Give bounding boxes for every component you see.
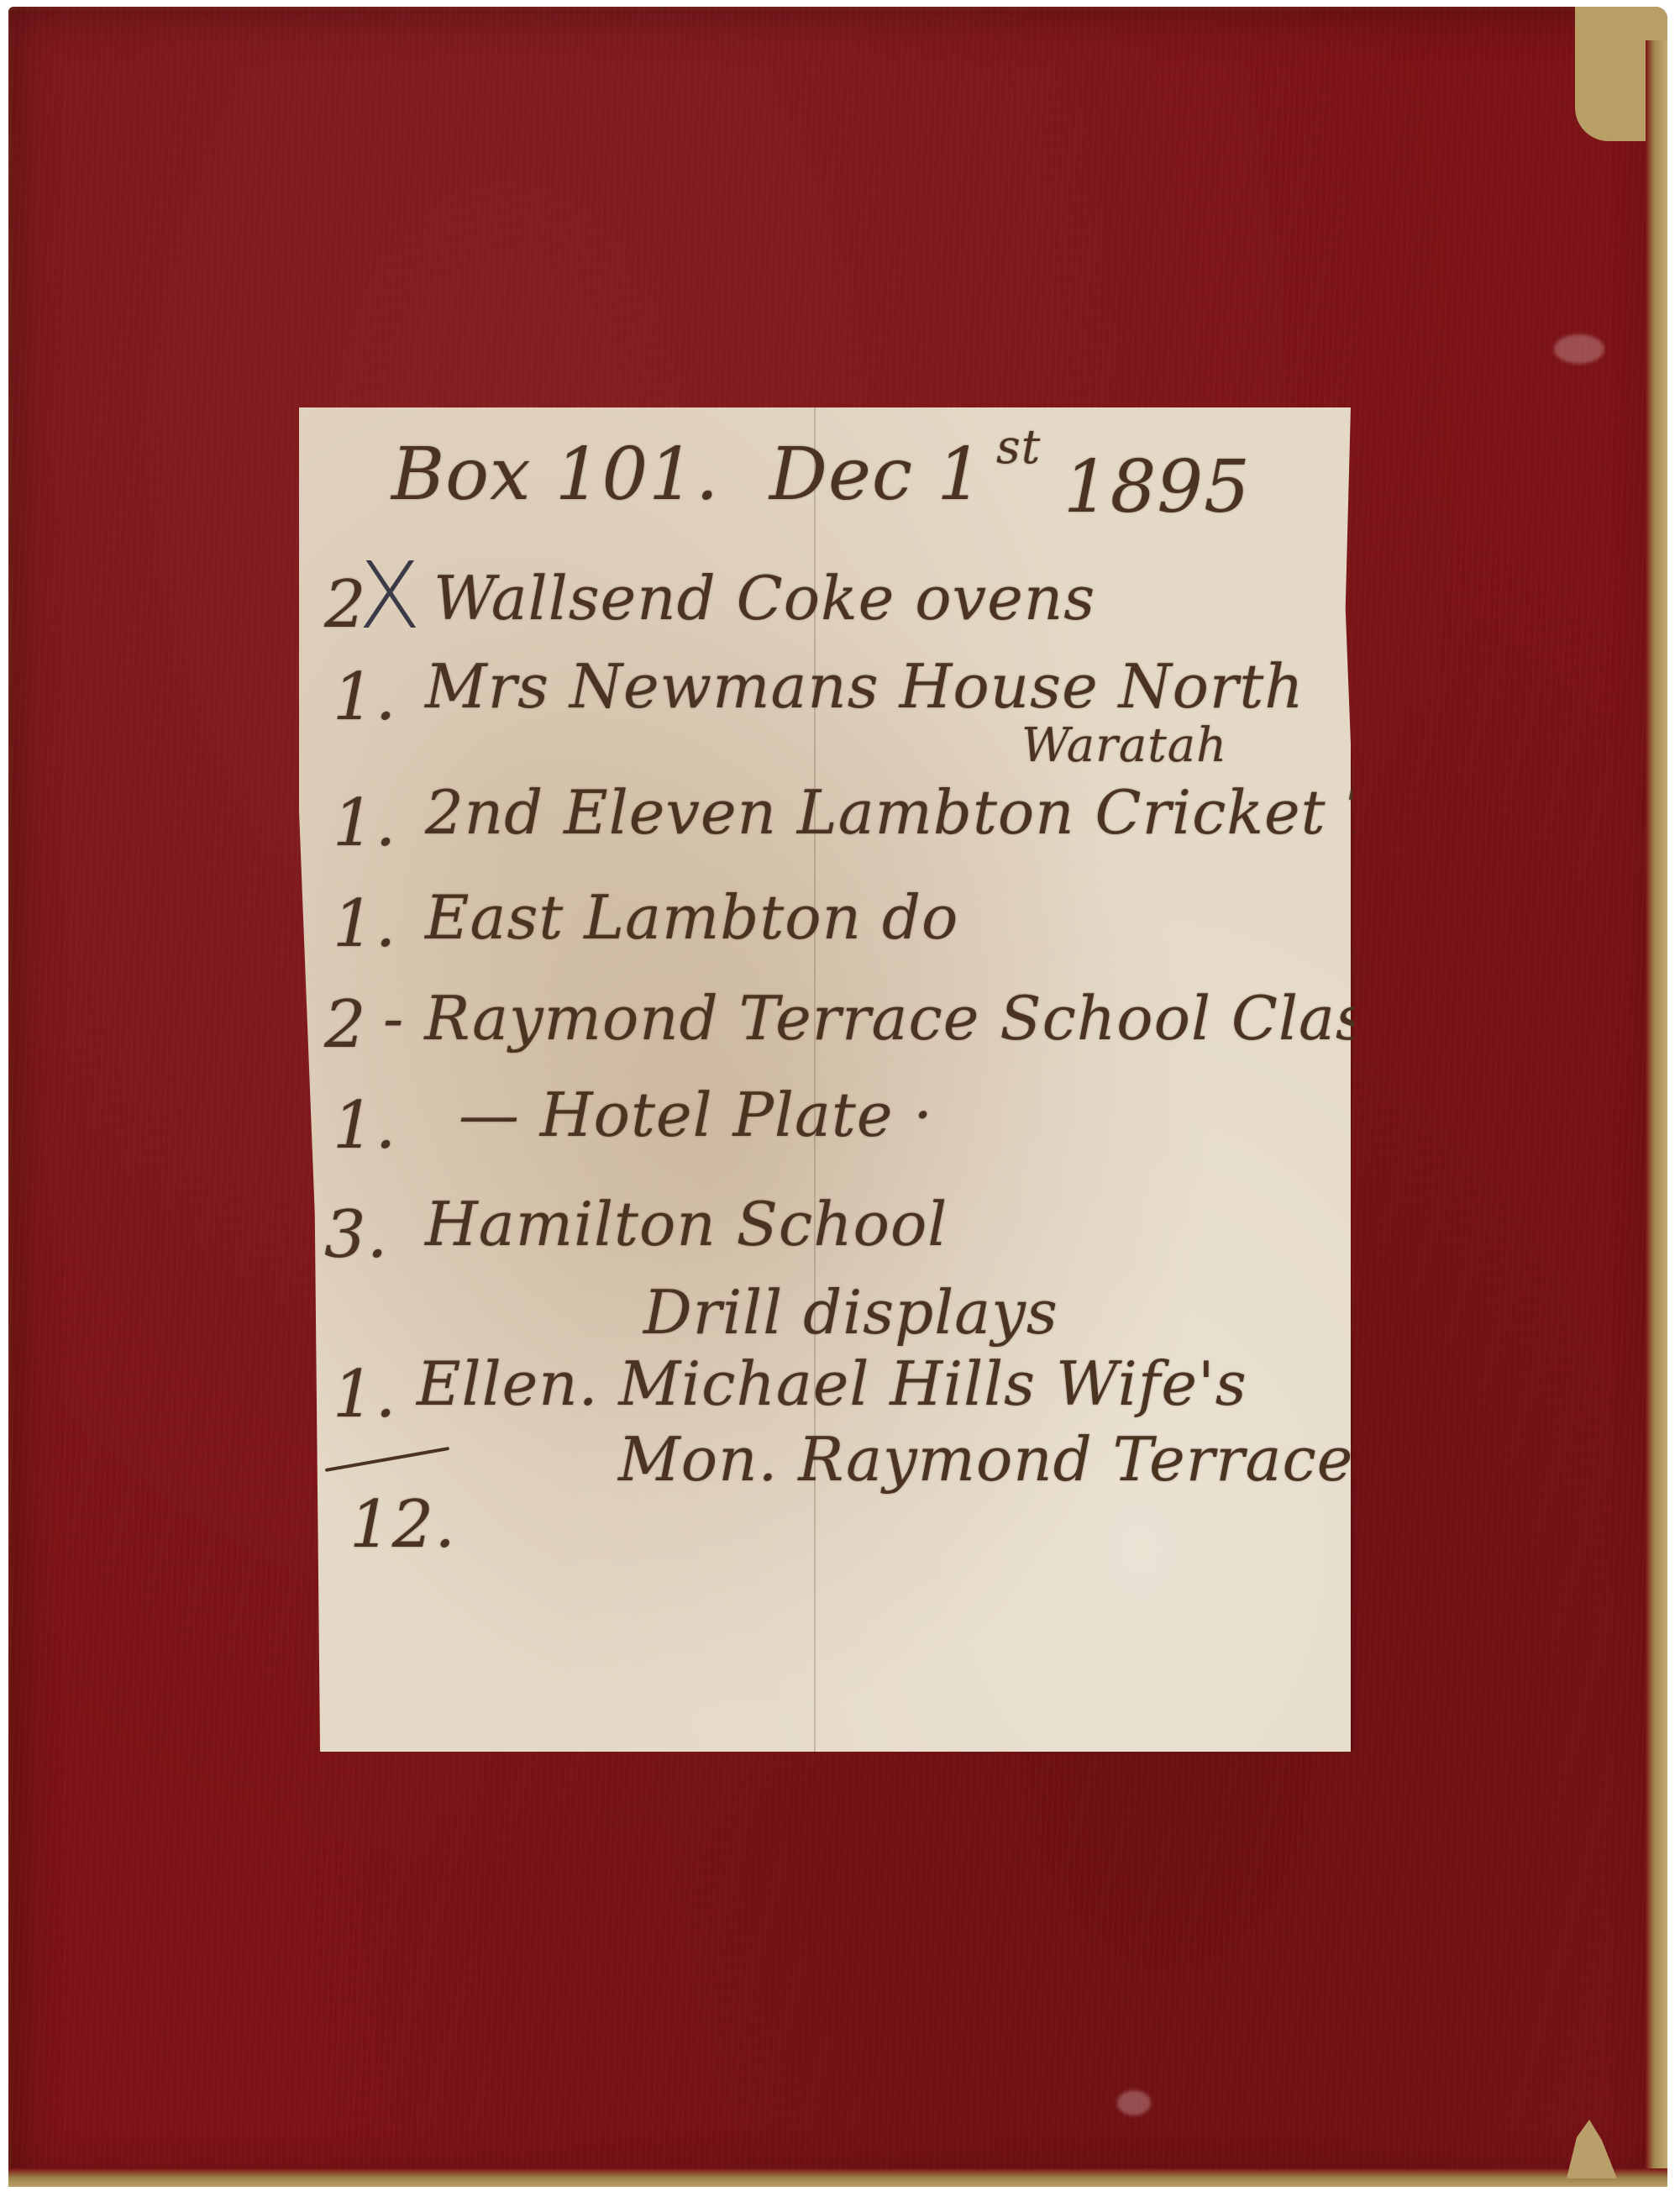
entry-qty: 1. <box>333 886 396 962</box>
entry-continuation: Drill displays <box>643 1277 1058 1348</box>
total-rule <box>325 1447 449 1472</box>
entry-qty: 1. <box>333 786 396 861</box>
entry-qty: 2 <box>324 987 367 1063</box>
pencil-x-mark: X <box>358 542 421 649</box>
total: 12. <box>349 1487 456 1563</box>
scuff-mark <box>1554 334 1604 364</box>
header-date-suffix: st <box>996 420 1041 475</box>
worn-edge-bottom <box>8 2168 1667 2187</box>
entry-text: Wallsend Coke ovens <box>433 563 1095 633</box>
entry-text: East Lambton do <box>425 882 958 953</box>
entry-qty: 1. <box>333 660 396 735</box>
entry-continuation: Mon. Raymond Terrace <box>618 1424 1353 1495</box>
header-box: Box 101. <box>391 433 719 517</box>
entry-qty: 1. <box>333 1088 396 1164</box>
entry-continuation: Waratah <box>1021 718 1227 773</box>
entry-text: — Hotel Plate · <box>459 1080 933 1150</box>
worn-patch <box>1567 2120 1617 2178</box>
entry-qty: 3. <box>324 1197 388 1273</box>
entry-text: - Raymond Terrace School Classes <box>383 983 1467 1054</box>
worn-edge-right <box>1646 40 1667 2174</box>
entry-text: Mrs Newmans House North <box>425 651 1305 722</box>
header-date: Dec 1 <box>769 433 984 517</box>
entry-text: Hamilton School <box>425 1189 948 1259</box>
scuff-mark <box>1117 2090 1151 2115</box>
handwritten-note: Box 101. Dec 1 st 1895 2 X Wallsend Coke… <box>299 407 1351 1752</box>
header-year: 1895 <box>1063 445 1251 529</box>
entry-text: 2nd Eleven Lambton Cricket Team <box>425 777 1515 848</box>
entry-qty: 1. <box>333 1357 396 1432</box>
entry-text: Ellen. Michael Hills Wife's <box>417 1348 1247 1419</box>
